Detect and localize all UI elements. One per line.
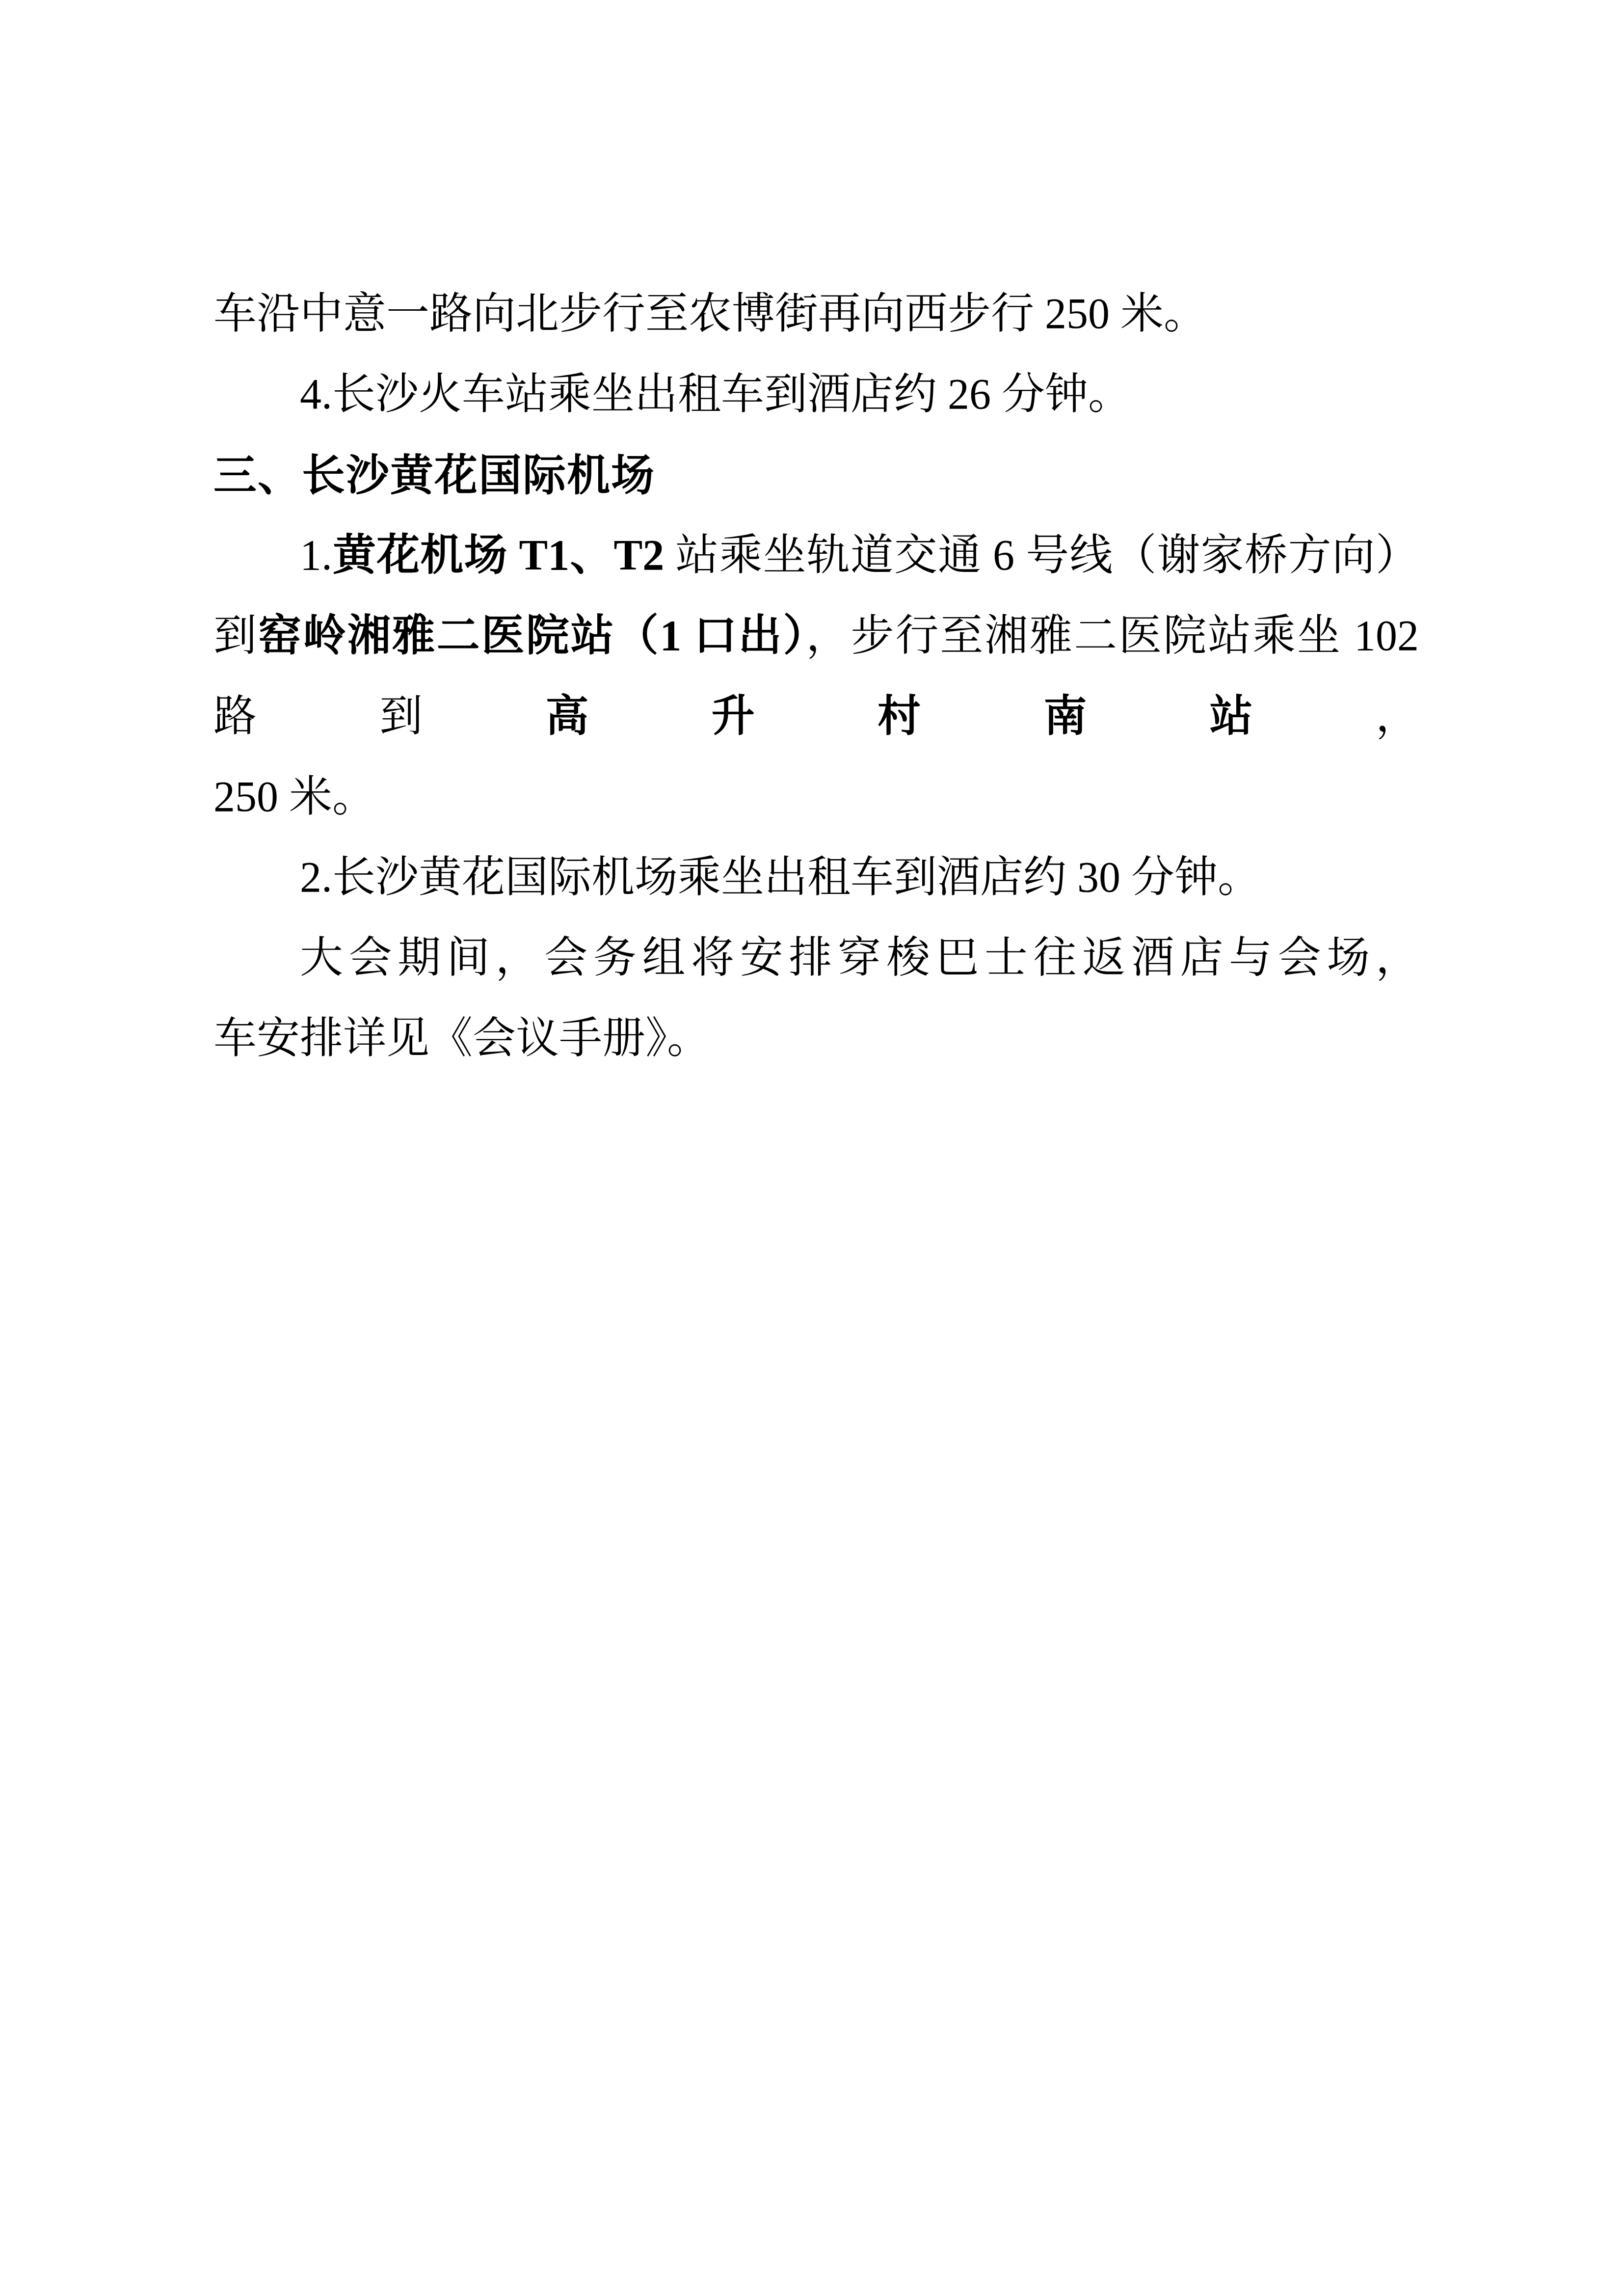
text-segment: 大会期间，会务组将安排穿梭巴士往返酒店与会场，具体发 xyxy=(213,934,1419,999)
item-1-metro-line-4: 250 米。 xyxy=(213,757,1419,837)
text-segment: 车沿中意一路向北步行至农博街再向西步行 250 米。 xyxy=(213,290,1207,338)
text-segment: 4.长沙火车站乘坐出租车到酒店约 26 分钟。 xyxy=(300,371,1131,418)
text-segment: ，步行至湘雅二医院站乘坐 102 xyxy=(806,612,1419,660)
item-1-metro-line-2: 到窑岭湘雅二医院站（1 口出），步行至湘雅二医院站乘坐 102 xyxy=(213,596,1419,676)
text-segment: 黄花机场 T1、T2 xyxy=(332,532,664,579)
text-segment: 250 米。 xyxy=(213,773,375,821)
text-segment: 2.长沙黄花国际机场乘坐出租车到酒店约 30 分钟。 xyxy=(300,854,1261,901)
text-segment: 三、长沙黄花国际机场 xyxy=(213,451,655,499)
item-4-train-station-taxi: 4.长沙火车站乘坐出租车到酒店约 26 分钟。 xyxy=(213,354,1419,435)
shuttle-bus-line-1: 大会期间，会务组将安排穿梭巴士往返酒店与会场，具体发 xyxy=(213,918,1419,999)
text-segment: 1. xyxy=(300,532,332,579)
text-segment: 路到 xyxy=(213,693,546,740)
text-segment: 窑岭湘雅二医院站（1 口出） xyxy=(258,612,806,660)
text-segment: 车安排详见《会议手册》。 xyxy=(213,1015,710,1062)
text-segment: 到 xyxy=(213,612,258,660)
item-2-airport-taxi: 2.长沙黄花国际机场乘坐出租车到酒店约 30 分钟。 xyxy=(213,837,1419,918)
section-heading-airport: 三、长沙黄花国际机场 xyxy=(213,435,1419,515)
shuttle-bus-line-2: 车安排详见《会议手册》。 xyxy=(213,999,1419,1079)
document-content: 车沿中意一路向北步行至农博街再向西步行 250 米。4.长沙火车站乘坐出租车到酒… xyxy=(213,274,1419,1079)
paragraph-3-continuation-line: 车沿中意一路向北步行至农博街再向西步行 250 米。 xyxy=(213,274,1419,354)
text-segment: 高升村南站 xyxy=(546,693,1376,740)
document-page: 车沿中意一路向北步行至农博街再向西步行 250 米。4.长沙火车站乘坐出租车到酒… xyxy=(0,0,1623,2296)
item-1-metro-line-3: 路到高升村南站，下车沿中意一路向北步行至农博街再向西步行 xyxy=(213,676,1419,757)
item-1-metro-line-1: 1.黄花机场 T1、T2 站乘坐轨道交通 6 号线（谢家桥方向） xyxy=(213,515,1419,596)
text-segment: 站乘坐轨道交通 6 号线（谢家桥方向） xyxy=(664,532,1419,579)
